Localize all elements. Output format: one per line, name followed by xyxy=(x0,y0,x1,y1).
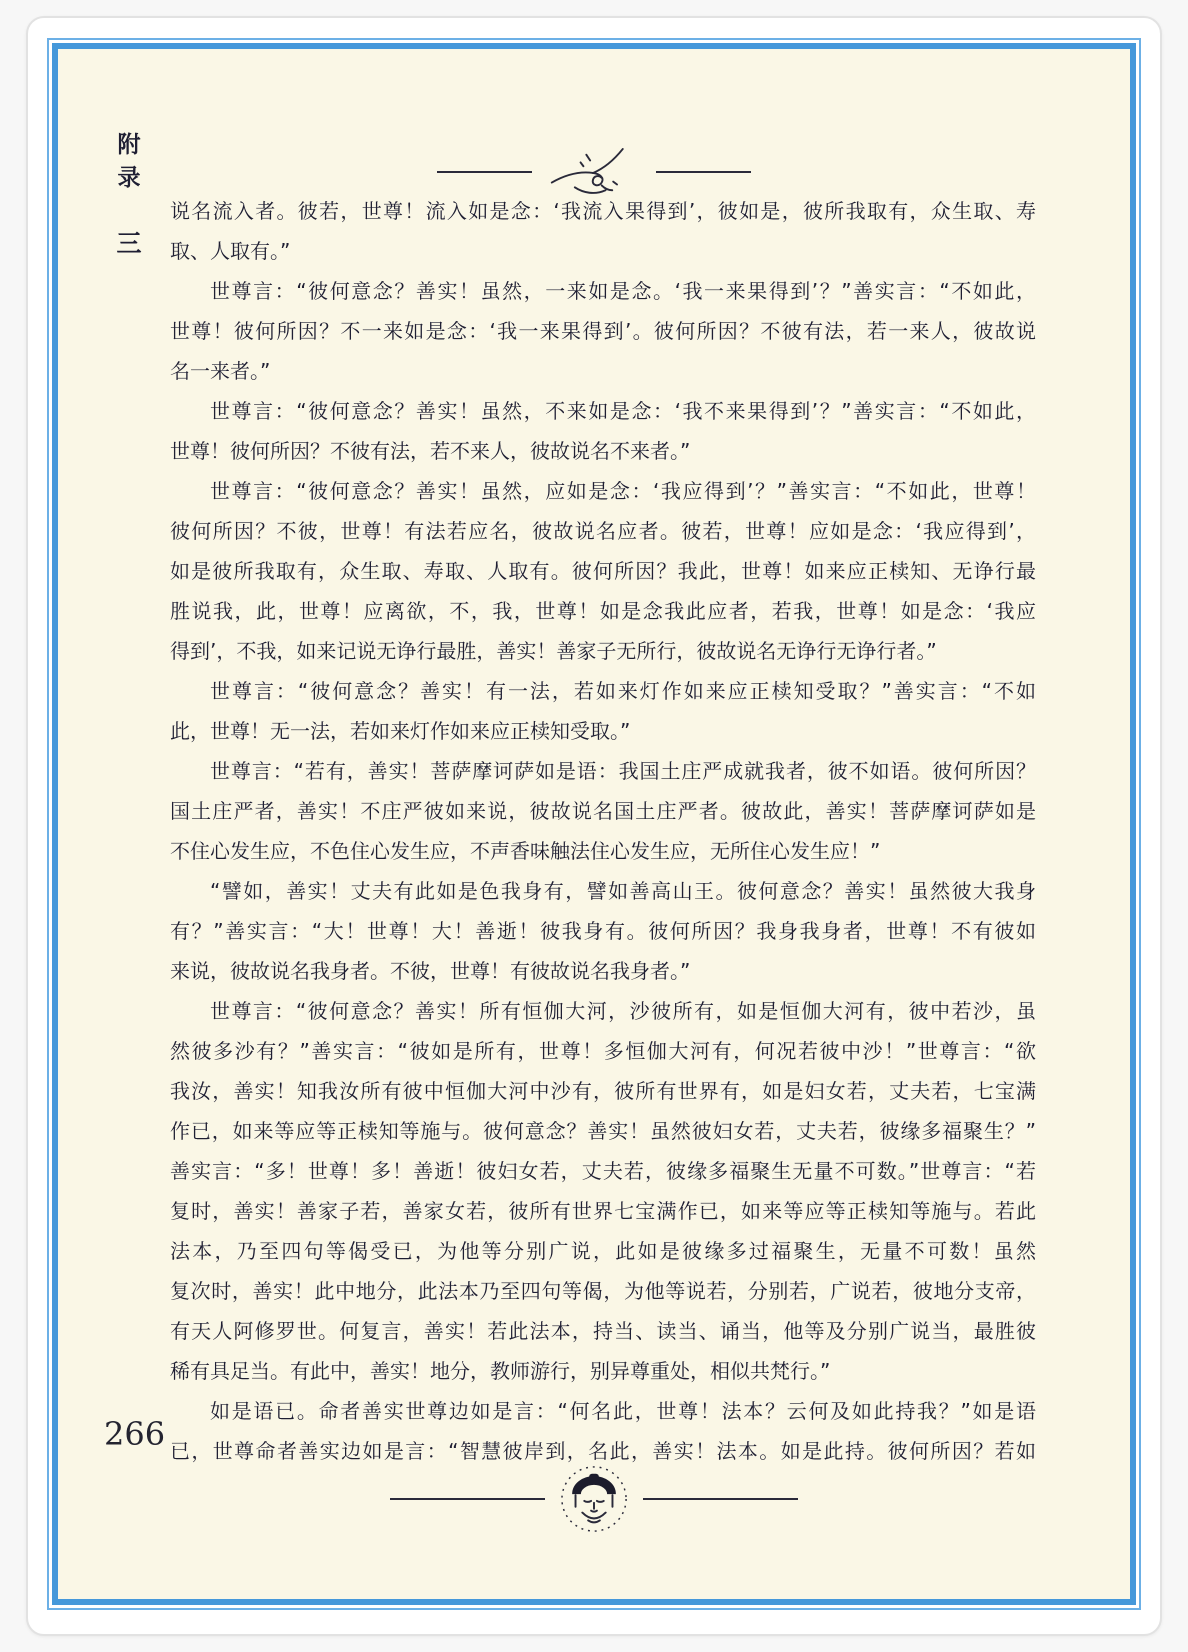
text-line: 世尊言：“彼何意念？善实！有一法，若如来灯作如来应正椟知受取？”善实言：“不如 xyxy=(170,671,1036,711)
text-line: 世尊言：“彼何意念？善实！虽然，应如是念：‘我应得到’？”善实言：“不如此，世尊… xyxy=(170,471,1036,511)
footer-rule-right xyxy=(643,1498,798,1500)
text-line: 世尊！彼何所因？不一来如是念：‘我一来果得到’。彼何所因？不彼有法，若一来人，彼… xyxy=(170,311,1036,351)
text-line: 世尊言：“若有，善实！菩萨摩诃萨如是语：我国土庄严成就我者，彼不如语。彼何所因？ xyxy=(170,751,1036,791)
text-line: 不住心发生应，不色住心发生应，不声香味触法住心发生应，无所住心发生应！” xyxy=(170,831,1036,871)
page-body: 附 录 三 说名流入者。彼若，世尊！流入如 xyxy=(58,49,1130,1599)
text-line: 来说，彼故说名我身者。不彼，世尊！有彼故说名我身者。” xyxy=(170,951,1036,991)
header-rule-right xyxy=(656,171,751,173)
text-line: 取、人取有。” xyxy=(170,231,1036,271)
text-line: 有？”善实言：“大！世尊！大！善逝！彼我身有。彼何所因？我身我身者，世尊！不有彼… xyxy=(170,911,1036,951)
text-line: 如是语已。命者善实世尊边如是言：“何名此，世尊！法本？云何及如此持我？”如是语 xyxy=(170,1391,1036,1431)
text-line: 稀有具足当。有此中，善实！地分，教师游行，别异尊重处，相似共梵行。” xyxy=(170,1351,1036,1391)
text-line: 作已，如来等应等正椟知等施与。彼何意念？善实！虽然彼妇女若，丈夫若，彼缘多福聚生… xyxy=(170,1111,1036,1151)
buddha-face-icon xyxy=(559,1464,629,1534)
text-line: 法本，乃至四句等偈受已，为他等分别广说，此如是彼缘多过福聚生，无量不可数！虽然 xyxy=(170,1231,1036,1271)
text-line: 善实言：“多！世尊！多！善逝！彼妇女若，丈夫若，彼缘多福聚生无量不可数。”世尊言… xyxy=(170,1151,1036,1191)
text-line: 世尊！彼何所因？不彼有法，若不来人，彼故说名不来者。” xyxy=(170,431,1036,471)
text-line: 复次时，善实！此中地分，此法本乃至四句等偈，为他等说若，分别若，广说若，彼地分支… xyxy=(170,1271,1036,1311)
margin-label-char-3: 三 xyxy=(114,227,144,260)
text-line: 胜说我，此，世尊！应离欲，不，我，世尊！如是念我此应者，若我，世尊！如是念：‘我… xyxy=(170,591,1036,631)
text-line: 彼何所因？不彼，世尊！有法若应名，彼故说名应者。彼若，世尊！应如是念：‘我应得到… xyxy=(170,511,1036,551)
book-page-card: 附 录 三 说名流入者。彼若，世尊！流入如 xyxy=(26,16,1162,1636)
footer-rule-left xyxy=(390,1498,545,1500)
text-line: 有天人阿修罗世。何复言，善实！若此法本，持当、读当、诵当，他等及分别广说当，最胜… xyxy=(170,1311,1036,1351)
text-line: 世尊言：“彼何意念？善实！虽然，不来如是念：‘我不来果得到’？”善实言：“不如此… xyxy=(170,391,1036,431)
footer-ornament xyxy=(58,1457,1130,1541)
decorative-blue-frame: 附 录 三 说名流入者。彼若，世尊！流入如 xyxy=(47,38,1141,1610)
text-line: 复时，善实！善家子若，善家女若，彼所有世界七宝满作已，如来等应等正椟知等施与。若… xyxy=(170,1191,1036,1231)
text-line: 得到’，不我，如来记说无诤行最胜，善实！善家子无所行，彼故说名无诤行无诤行者。” xyxy=(170,631,1036,671)
text-line: “譬如，善实！丈夫有此如是色我身有，譬如善高山王。彼何意念？善实！虽然彼大我身 xyxy=(170,871,1036,911)
text-column: 说名流入者。彼若，世尊！流入如是念：‘我流入果得到’，彼如是，彼所我取有，众生取… xyxy=(170,191,1036,1471)
text-line: 名一来者。” xyxy=(170,351,1036,391)
text-line: 国土庄严者，善实！不庄严彼如来说，彼故说名国土庄严者。彼故此，善实！菩萨摩诃萨如… xyxy=(170,791,1036,831)
header-rule-left xyxy=(437,171,532,173)
text-line: 说名流入者。彼若，世尊！流入如是念：‘我流入果得到’，彼如是，彼所我取有，众生取… xyxy=(170,191,1036,231)
page-number: 266 xyxy=(104,1415,165,1453)
text-line: 如是彼所我取有，众生取、寿取、人取有。彼何所因？我此，世尊！如来应正椟知、无诤行… xyxy=(170,551,1036,591)
text-line: 我汝，善实！知我汝所有彼中恒伽大河中沙有，彼所有世界有，如是妇女若，丈夫若，七宝… xyxy=(170,1071,1036,1111)
text-line: 此，世尊！无一法，若如来灯作如来应正椟知受取。” xyxy=(170,711,1036,751)
text-line: 世尊言：“彼何意念？善实！所有恒伽大河，沙彼所有，如是恒伽大河有，彼中若沙，虽 xyxy=(170,991,1036,1031)
text-line: 然彼多沙有？”善实言：“彼如是所有，世尊！多恒伽大河有，何况若彼中沙！”世尊言：… xyxy=(170,1031,1036,1071)
text-line: 世尊言：“彼何意念？善实！虽然，一来如是念。‘我一来果得到’？”善实言：“不如此… xyxy=(170,271,1036,311)
